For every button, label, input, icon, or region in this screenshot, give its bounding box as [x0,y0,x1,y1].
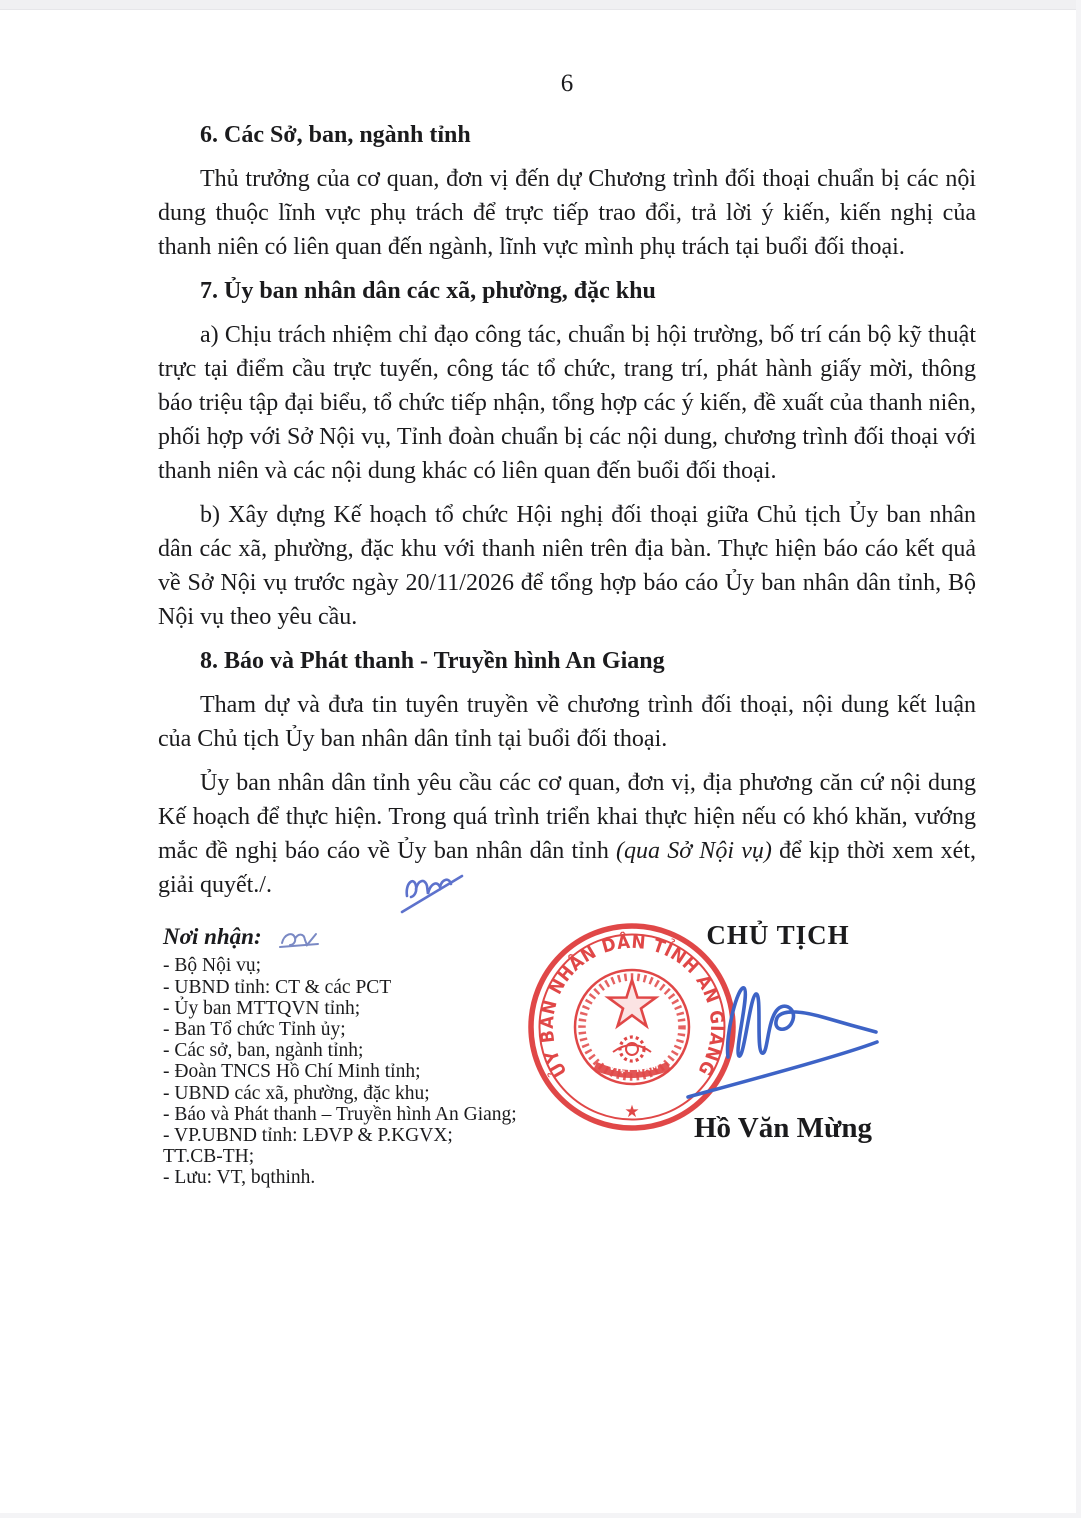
svg-text:VIỆT NAM: VIỆT NAM [608,1061,660,1074]
page-number: 6 [158,70,976,98]
section-8-heading: 8. Báo và Phát thanh - Truyền hình An Gi… [158,644,976,678]
recipient-item: - Ban Tổ chức Tỉnh ủy; [163,1019,543,1040]
section-7-paragraph-a: a) Chịu trách nhiệm chỉ đạo công tác, ch… [158,318,976,488]
closing-paragraph: Ủy ban nhân dân tỉnh yêu cầu các cơ quan… [158,766,976,902]
seal-ring-text: ỦY BAN NHÂN DÂN TỈNH AN GIANG [537,931,727,1082]
recipient-item: - UBND tỉnh: CT & các PCT [163,977,543,998]
closing-text-italic: (qua Sở Nội vụ) [616,838,772,864]
section-6-paragraph: Thủ trưởng của cơ quan, đơn vị đến dự Ch… [158,162,976,264]
signer-name: Hồ Văn Mừng [640,1112,926,1145]
recipient-item: - Đoàn TNCS Hồ Chí Minh tỉnh; [163,1061,543,1082]
section-8-paragraph: Tham dự và đưa tin tuyên truyền về chươn… [158,688,976,756]
signature-ink [680,958,892,1108]
section-7-heading: 7. Ủy ban nhân dân các xã, phường, đặc k… [158,274,976,308]
seal-bottom-star: ★ [624,1102,639,1121]
official-seal: ỦY BAN NHÂN DÂN TỈNH AN GIANG VIỆT NAM ★ [525,920,739,1134]
seal-banner-ribbon [593,1062,671,1078]
recipient-item: - Bộ Nội vụ; [163,955,543,976]
recipient-item: - Báo và Phát thanh – Truyền hình An Gia… [163,1104,543,1125]
handwritten-initial-closing [390,853,480,919]
recipients-block: Nơi nhận: - Bộ Nội vụ; - UBND tỉnh: CT &… [163,924,543,1189]
page-edge-right [1076,0,1081,1518]
recipient-item: - Ủy ban MTTQVN tỉnh; [163,998,543,1019]
handwritten-initial-recipients [276,929,322,951]
recipient-item: - VP.UBND tỉnh: LĐVP & P.KGVX; [163,1125,543,1146]
seal-emblem-star [608,980,656,1026]
svg-text:ỦY BAN NHÂN DÂN TỈNH AN GIANG: ỦY BAN NHÂN DÂN TỈNH AN GIANG [537,931,727,1082]
document-body: 6. Các Sở, ban, ngành tỉnh Thủ trưởng củ… [158,110,976,912]
page-edge-top [0,0,1081,10]
document-page: 6 6. Các Sở, ban, ngành tỉnh Thủ trưởng … [0,0,1081,1518]
recipients-label: Nơi nhận: [163,924,262,950]
section-7-paragraph-b: b) Xây dựng Kế hoạch tổ chức Hội nghị đố… [158,498,976,634]
recipient-item: - Lưu: VT, bqthinh. [163,1167,543,1188]
page-edge-bottom [0,1513,1081,1518]
section-6-heading: 6. Các Sở, ban, ngành tỉnh [158,118,976,152]
recipient-item: - Các sở, ban, ngành tỉnh; [163,1040,543,1061]
recipient-item: - UBND các xã, phường, đặc khu; [163,1083,543,1104]
recipients-list: - Bộ Nội vụ; - UBND tỉnh: CT & các PCT -… [163,955,543,1188]
signer-title: CHỦ TỊCH [642,920,914,951]
recipient-item: TT.CB-TH; [163,1146,543,1167]
seal-banner-text: VIỆT NAM [608,1061,660,1074]
